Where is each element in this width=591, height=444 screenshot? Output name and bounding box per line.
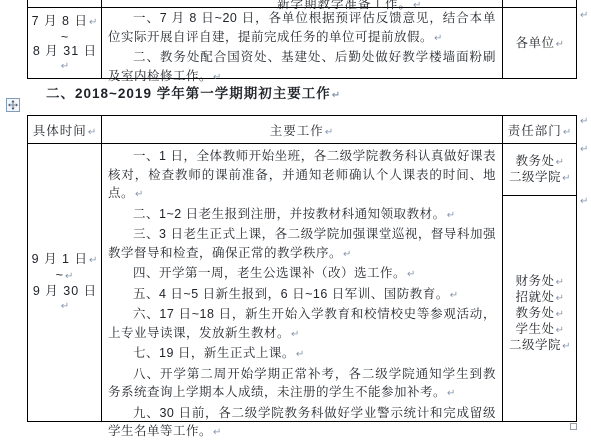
work-paragraph[interactable]: 一、7 月 8 日~20 日，各单位根据预评估反馈意见，结合本单位实际开展自评自… bbox=[108, 9, 496, 48]
table-summer-vacation-work: 新学期教学准备工作。↵ 7 月 8 日↵ ~ 8 月 31 日↵ 一、7 月 8… bbox=[27, 0, 577, 79]
department-line: 二级学院↵ bbox=[509, 170, 571, 186]
cell-department-1[interactable]: 教务处↵ 二级学院↵ bbox=[503, 144, 577, 195]
time-line: 7 月 8 日↵ bbox=[32, 14, 99, 30]
row-end-mark-icon: ↵ bbox=[580, 10, 588, 21]
table-move-handle[interactable] bbox=[6, 98, 20, 112]
time-line: ~↵ bbox=[56, 268, 75, 284]
cell-department-2[interactable]: 财务处↵ 招就处↵ 教务处↵ 学生处↵ 二级学院↵ bbox=[503, 196, 577, 421]
work-paragraph[interactable]: 八、开学第二周开始学期正常补考，各二级学院通知学生到教务系统查询上学期本人成绩，… bbox=[108, 365, 496, 404]
cell-end-mark-icon: ↵ bbox=[556, 39, 565, 50]
time-line: ~ bbox=[61, 30, 69, 44]
cell-semester-work-list[interactable]: 一、1 日，全体教师开始坐班，各二级学院教务科认真做好课表核对，检查教师的课前准… bbox=[102, 144, 502, 421]
header-cell-work[interactable]: 主要工作↵ bbox=[102, 116, 502, 143]
cell-summer-work[interactable]: 一、7 月 8 日~20 日，各单位根据预评估反馈意见，结合本单位实际开展自评自… bbox=[102, 8, 502, 79]
cell-end-mark-icon: ↵ bbox=[450, 290, 459, 301]
header-cell-time[interactable]: 具体时间↵ bbox=[29, 116, 101, 143]
department-line: 学生处↵ bbox=[516, 322, 565, 338]
work-paragraph[interactable]: 六、17 日~18 日，新生开始入学教育和校情校史等参观活动，上专业导读课，发放… bbox=[108, 305, 496, 344]
row-end-mark-icon: ↵ bbox=[580, 144, 588, 155]
work-paragraph[interactable]: 二、1~2 日老生报到注册，并按教材科通知领取教材。↵ bbox=[108, 205, 496, 226]
paragraph-end-mark-icon: ↵ bbox=[332, 90, 341, 101]
cell-end-mark-icon: ↵ bbox=[296, 349, 305, 360]
cell-time-september[interactable]: 9 月 1 日↵ ~↵ 9 月 30 日↵ bbox=[29, 144, 101, 421]
work-paragraph[interactable]: 五、4 日~5 日新生报到，6 日~16 日军训、国防教育。↵ bbox=[108, 285, 496, 306]
cell-end-mark-icon: ↵ bbox=[88, 127, 97, 138]
cell-end-mark-icon: ↵ bbox=[556, 157, 565, 168]
section-heading[interactable]: 二、2018~2019 学年第一学期期初主要工作↵ bbox=[46, 82, 341, 102]
cell-end-mark-icon: ↵ bbox=[135, 189, 144, 200]
department-line: 教务处↵ bbox=[516, 154, 565, 170]
cell-time-july[interactable]: 7 月 8 日↵ ~ 8 月 31 日↵ bbox=[29, 8, 101, 79]
cell-end-mark-icon: ↵ bbox=[61, 301, 70, 312]
cell-end-mark-icon: ↵ bbox=[447, 388, 456, 399]
department-line: 教务处↵ bbox=[516, 306, 565, 322]
work-paragraph[interactable]: 七、19 日，新生正式上课。↵ bbox=[108, 344, 496, 365]
cell-end-mark-icon: ↵ bbox=[434, 33, 443, 44]
row-end-mark-icon: ↵ bbox=[580, 196, 588, 207]
cell-end-mark-icon: ↵ bbox=[343, 249, 352, 260]
time-line: 9 月 1 日↵ bbox=[32, 252, 99, 268]
cell-end-mark-icon: ↵ bbox=[563, 127, 572, 138]
cell-department-all-units[interactable]: 各单位↵ bbox=[503, 8, 577, 79]
department-line: 招就处↵ bbox=[516, 290, 565, 306]
work-paragraph[interactable]: 三、3 日老生正式上课，各二级学院加强课堂巡视，督导科加强教学督导和检查，确保正… bbox=[108, 225, 496, 264]
cell-end-mark-icon: ↵ bbox=[556, 277, 565, 288]
work-paragraph[interactable]: 四、开学第一周，老生公选课补（改）选工作。↵ bbox=[108, 264, 496, 285]
cell-end-mark-icon: ↵ bbox=[89, 255, 98, 266]
cell-end-mark-icon: ↵ bbox=[291, 329, 300, 340]
move-arrows-icon bbox=[8, 100, 18, 110]
department-line: 财务处↵ bbox=[516, 274, 565, 290]
header-cell-department[interactable]: 责任部门↵ bbox=[503, 116, 577, 143]
work-paragraph[interactable]: 九、30 日前，各二级学院教务科做好学业警示统计和完成留级学生名单等工作。↵ bbox=[108, 404, 496, 443]
department-line: 二级学院↵ bbox=[509, 338, 571, 354]
cell-end-mark-icon: ↵ bbox=[65, 271, 74, 282]
cell-end-mark-icon: ↵ bbox=[89, 17, 98, 28]
cell-end-mark-icon: ↵ bbox=[213, 427, 222, 438]
time-line: 9 月 30 日↵ bbox=[29, 284, 101, 314]
cell-end-mark-icon: ↵ bbox=[213, 72, 222, 83]
cell-end-mark-icon: ↵ bbox=[556, 325, 565, 336]
cell-end-mark-icon: ↵ bbox=[325, 127, 334, 138]
cell-end-mark-icon: ↵ bbox=[556, 293, 565, 304]
department-line: 各单位↵ bbox=[516, 36, 565, 52]
cell-end-mark-icon: ↵ bbox=[562, 173, 571, 184]
table-resize-handle[interactable] bbox=[570, 423, 577, 430]
word-document-page: 新学期教学准备工作。↵ 7 月 8 日↵ ~ 8 月 31 日↵ 一、7 月 8… bbox=[0, 0, 591, 444]
time-line: 8 月 31 日↵ bbox=[29, 44, 101, 74]
row-end-mark-icon: ↵ bbox=[580, 116, 588, 127]
work-paragraph[interactable]: 一、1 日，全体教师开始坐班，各二级学院教务科认真做好课表核对，检查教师的课前准… bbox=[108, 147, 496, 205]
cell-end-mark-icon: ↵ bbox=[61, 61, 70, 72]
cell-end-mark-icon: ↵ bbox=[556, 309, 565, 320]
table-semester-start-work: 具体时间↵ 主要工作↵ 责任部门↵ 9 月 1 日↵ ~↵ 9 月 30 日↵ … bbox=[27, 115, 577, 422]
cell-end-mark-icon: ↵ bbox=[407, 269, 416, 280]
cell-end-mark-icon: ↵ bbox=[447, 210, 456, 221]
cell-end-mark-icon: ↵ bbox=[562, 341, 571, 352]
